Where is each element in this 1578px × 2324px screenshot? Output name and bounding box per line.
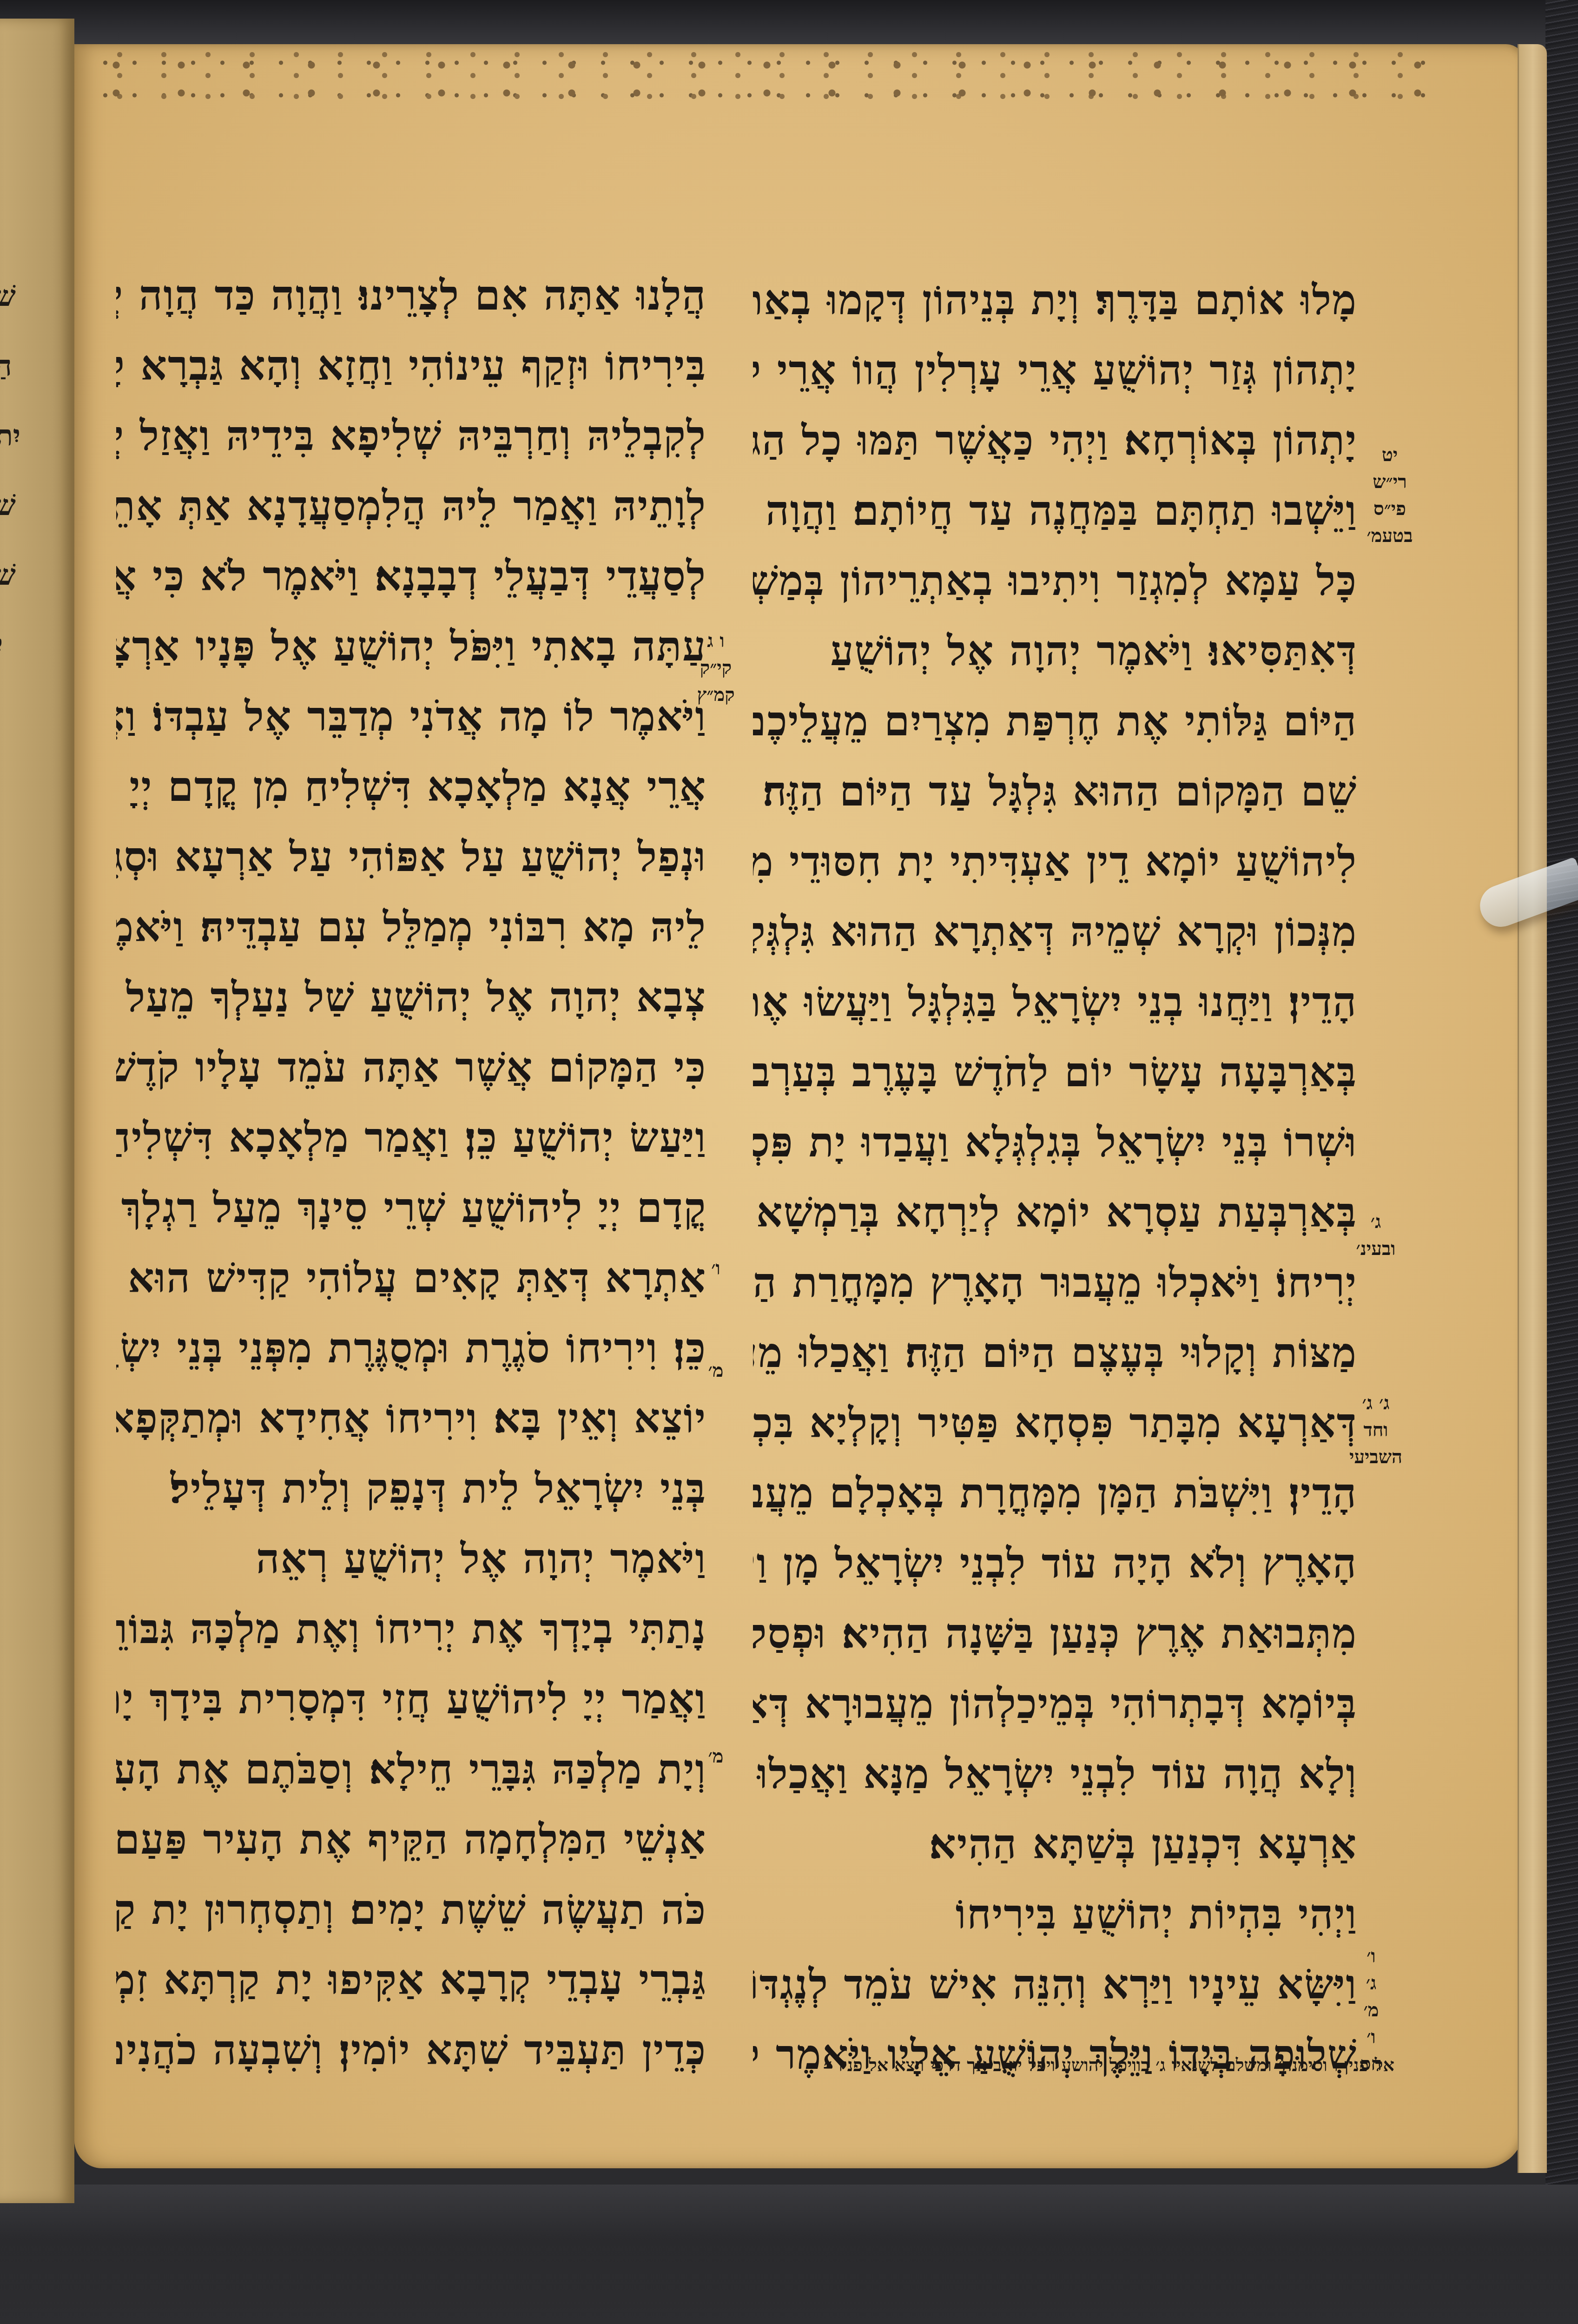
masorah-note-line: קי״ק [688, 654, 744, 681]
text-line: צְבָא יְהוָה אֶל יְהוֹשֻׁעַ שַׁל נַעַלְך… [116, 962, 706, 1032]
masorah-note-line: ו׳ [1348, 1943, 1394, 1970]
text-column-right: מָלוּ אוֹתָם בַּדָּרֶךְ׃ וְיָת בְּנֵיהוֹ… [753, 265, 1357, 2090]
masorah-note-line: מ׳ [697, 1357, 734, 1384]
masorah-note-bottom: אל פנין ו וסימנה׳ ומשלם לשנאיו ג׳ בוויפל… [632, 2054, 1394, 2076]
text-line: הַיּוֹם גַּלּוֹתִי אֶת חֶרְפַּת מִצְרַיִ… [753, 686, 1357, 756]
text-line: בְּאַרְבְּעַת עַסְרָא יוֹמָא לְיַרְחָא ב… [753, 1177, 1357, 1248]
text-line: יָתְהוֹן גְּזַר יְהוֹשֻׁעַ אֲרֵי עָרְלִי… [753, 335, 1357, 405]
text-line: מָלוּ אוֹתָם בַּדָּרֶךְ׃ וְיָת בְּנֵיהוֹ… [753, 265, 1357, 335]
text-line: אַתְרָא דְּאַתְּ קָאִים עֲלוֹהִי קַדִּיש… [116, 1243, 706, 1313]
text-line: כָּל עַמָּא לְמִגְזַר וִיתִיבוּ בְאַתְרֵ… [753, 546, 1357, 616]
masorah-note-line: השביעי [1339, 1444, 1413, 1471]
masorah-note-line: ג׳ [1348, 1970, 1394, 1997]
text-line: כְּדֵין תַּעְבֵּיד שִׁתָּא יוֹמִין׃ וְשִ… [116, 2015, 706, 2085]
masorah-note-line: ובעינ׳ [1339, 1235, 1413, 1262]
text-line: וַאֲמַר יְיָ לִיהוֹשֻׁעַ חֲזִי דִּמְסָרִ… [116, 1664, 706, 1734]
text-line: הֲלָנוּ אַתָּה אִם לְצָרֵינוּ׃ וַהֲוָה כ… [116, 260, 706, 330]
text-line: וּנְפַל יְהוֹשֻׁעַ עַל אַפּוֹהִי עַל אַר… [116, 822, 706, 892]
text-line: יוֹצֵא וְאֵין בָּא׃ וִירִיחוֹ אֲחִידָא ו… [116, 1383, 706, 1453]
masorah-note-line: ג׳ ג׳ [1339, 1390, 1413, 1417]
text-line: וַיַּעַשׂ יְהוֹשֻׁעַ כֵּן׃ וַאֲמַר מַלְא… [116, 1103, 706, 1173]
masorah-note-line: קמ״ץ [688, 681, 744, 708]
masorah-note-gutter-2: ו׳ [697, 1255, 734, 1282]
text-line: לְוָתֵיהּ וַאֲמַר לֵיהּ הֲלִמְסַעֲדָנָא … [116, 471, 706, 541]
text-line: נָתַתִּי בְיָדְךָ אֶת יְרִיחוֹ וְאֶת מַל… [116, 1594, 706, 1664]
masorah-note-line: ג׳ [1339, 1208, 1413, 1235]
text-line: בְּאַרְבָּעָה עָשָׂר יוֹם לַחֹדֶשׁ בָּעֶ… [753, 1037, 1357, 1107]
text-line: וַיֹּאמֶר לוֹ מָה אֲדֹנִי מְדַבֵּר אֶל ע… [116, 681, 706, 752]
masorah-note-right-top: יט רי״ש פי״ס בטעמ׳ [1357, 442, 1422, 549]
masorah-note-gutter-1: ו ג קי״ק קמ״ץ [688, 627, 744, 708]
facing-page-line: שׁ [0, 279, 23, 313]
text-line: וְיָת מַלְכַּהּ גִּבָּרֵי חֵילָא׃ וְסַבֹ… [116, 1734, 706, 1804]
text-column-left: הֲלָנוּ אַתָּה אִם לְצָרֵינוּ׃ וַהֲוָה כ… [116, 260, 706, 2085]
text-line: בִּירִיחוֹ וּזְקַף עֵינוֹהִי וַחֲזָא וְה… [116, 330, 706, 401]
masorah-note-line: מ׳ [697, 1743, 734, 1770]
book-binding-bottom [0, 2185, 1578, 2324]
text-line: לִיהוֹשֻׁעַ יוֹמָא דֵין אַעְדִּיתִי יָת … [753, 826, 1357, 897]
masorah-note-line: ו׳ [697, 1255, 734, 1282]
text-line: עַתָּה בָאתִי וַיִּפֹּל יְהוֹשֻׁעַ אֶל פ… [116, 611, 706, 681]
text-line: גַּבְרֵי עָבְדֵי קְרָבָא אַקִּיפוּ יָת ק… [116, 1945, 706, 2015]
masorah-note-line: וחד [1339, 1417, 1413, 1444]
text-line: יָתְהוֹן בְּאוֹרְחָא׃ וַיְהִי כַּאֲשֶׁר … [753, 405, 1357, 475]
text-line: אַרְעָא דִּכְנַעַן בְּשַׁתָּא הַהִיא׃ [753, 1809, 1357, 1879]
text-line: יְרִיחוֹ׃ וַיֹּאכְלוּ מֵעֲבוּר הָאָרֶץ מ… [753, 1248, 1357, 1318]
foxing-spots [84, 46, 1432, 102]
text-line: וּשְׁרוֹ בְּנֵי יִשְׂרָאֵל בְּגִלְגְּלָא… [753, 1107, 1357, 1177]
text-line: אֲרֵי אֲנָא מַלְאָכָא דִּשְׁלִיחַ מִן קֳ… [116, 752, 706, 822]
text-line: כֵּן׃ וִירִיחוֹ סֹגֶרֶת וּמְסֻגֶּרֶת מִפ… [116, 1313, 706, 1383]
text-line: הָאָרֶץ וְלֹא הָיָה עוֹד לִבְנֵי יִשְׂרָ… [753, 1528, 1357, 1598]
text-line: בְּיוֹמָא דְּבָתְרוֹהִי בְּמֵיכַלְהוֹן מ… [753, 1669, 1357, 1739]
text-line: לֵיהּ מָא רִבּוֹנִי מְמַלֵּל עִם עַבְדֵּ… [116, 892, 706, 962]
text-line: מַצּוֹת וְקָלוּי בְּעֶצֶם הַיּוֹם הַזֶּה… [753, 1318, 1357, 1388]
text-line: דְּאַרְעָא מִבָּתַר פִּסְחָא פַּטִּיר וְ… [753, 1388, 1357, 1458]
text-line: הָדֵין׃ וַיִּשְׁבֹּת הַמָּן מִמָּחֳרָת ב… [753, 1458, 1357, 1528]
facing-page-line: שׁ [0, 488, 23, 522]
facing-page-line: יִ [0, 627, 23, 662]
facing-page-line: הַ [0, 349, 23, 383]
masorah-note-right-mid: ג׳ ובעינ׳ [1339, 1208, 1413, 1262]
facing-page-line: שׁ [0, 558, 23, 592]
text-line: לְקִבְלֵיהּ וְחַרְבֵּיהּ שְׁלִיפָא בִּיד… [116, 401, 706, 471]
text-line: וַיְהִי בִּהְיוֹת יְהוֹשֻׁעַ בִּירִיחוֹ [753, 1879, 1357, 1949]
text-line: וַיֵּשְׁבוּ תַחְתָּם בַּמַּחֲנֶה עַד חֲי… [753, 475, 1357, 546]
masorah-note-line: רי״ש [1357, 469, 1422, 495]
text-line: לְסַעֲדֵי דְּבַעֲלֵי דְבָבָנָא׃ וַיֹּאמֶ… [116, 541, 706, 611]
masorah-note-line: פי״ס [1357, 495, 1422, 522]
masorah-note-gutter-4: מ׳ [697, 1743, 734, 1770]
masorah-note-gutter-3: מ׳ [697, 1357, 734, 1384]
masorah-note-line: ו׳ [1348, 2024, 1394, 2051]
text-line: וַיֹּאמֶר יְהוָה אֶל יְהוֹשֻׁעַ רְאֵה [116, 1524, 706, 1594]
masorah-note-line: ו ג [688, 627, 744, 654]
text-line: קֳדָם יְיָ לִיהוֹשֻׁעַ שְׁרֵי סֵינָךְ מֵ… [116, 1173, 706, 1243]
text-line: שֵׁם הַמָּקוֹם הַהוּא גִּלְגָּל עַד הַיּ… [753, 756, 1357, 826]
text-line: וַיִּשָּׂא עֵינָיו וַיַּרְא וְהִנֵּה אִי… [753, 1949, 1357, 2020]
page-fore-edge [1518, 44, 1547, 2173]
facing-page-line: יִת [0, 418, 23, 453]
masorah-note-right-lower: ג׳ ג׳ וחד השביעי [1339, 1390, 1413, 1471]
book-binding-top [0, 0, 1578, 51]
text-line: בְּנֵי יִשְׂרָאֵל לֵית דְּנָפֵק וְלֵית ד… [116, 1453, 706, 1524]
masorah-note-line: מ׳ [1348, 1997, 1394, 2024]
facing-page-edge: שׁ הַ יִת שׁ שׁ יִ [0, 19, 74, 2203]
text-line: דְּאִתַּסִּיאוּ׃ וַיֹּאמֶר יְהוָה אֶל יְ… [753, 616, 1357, 686]
masorah-note-line: בטעמ׳ [1357, 522, 1422, 549]
text-line: מִנְּכוֹן וּקְרָא שְׁמֵיהּ דְּאַתְרָא הַ… [753, 897, 1357, 967]
text-line: הָדֵין׃ וַיַּחֲנוּ בְנֵי יִשְׂרָאֵל בַּג… [753, 967, 1357, 1037]
text-line: אַנְשֵׁי הַמִּלְחָמָה הַקֵּיף אֶת הָעִיר… [116, 1804, 706, 1875]
text-line: מִתְּבוּאַת אֶרֶץ כְּנַעַן בַּשָּׁנָה הַ… [753, 1598, 1357, 1669]
text-line: כִּי הַמָּקוֹם אֲשֶׁר אַתָּה עֹמֵד עָלָי… [116, 1032, 706, 1103]
text-line: וְלָא הֲוָה עוֹד לִבְנֵי יִשְׂרָאֵל מַנָ… [753, 1739, 1357, 1809]
masorah-note-line: יט [1357, 442, 1422, 469]
text-line: כֹּה תַעֲשֶׂה שֵׁשֶׁת יָמִים׃ וְתַסְחְרו… [116, 1875, 706, 1945]
book-binding-right [1545, 0, 1578, 2324]
